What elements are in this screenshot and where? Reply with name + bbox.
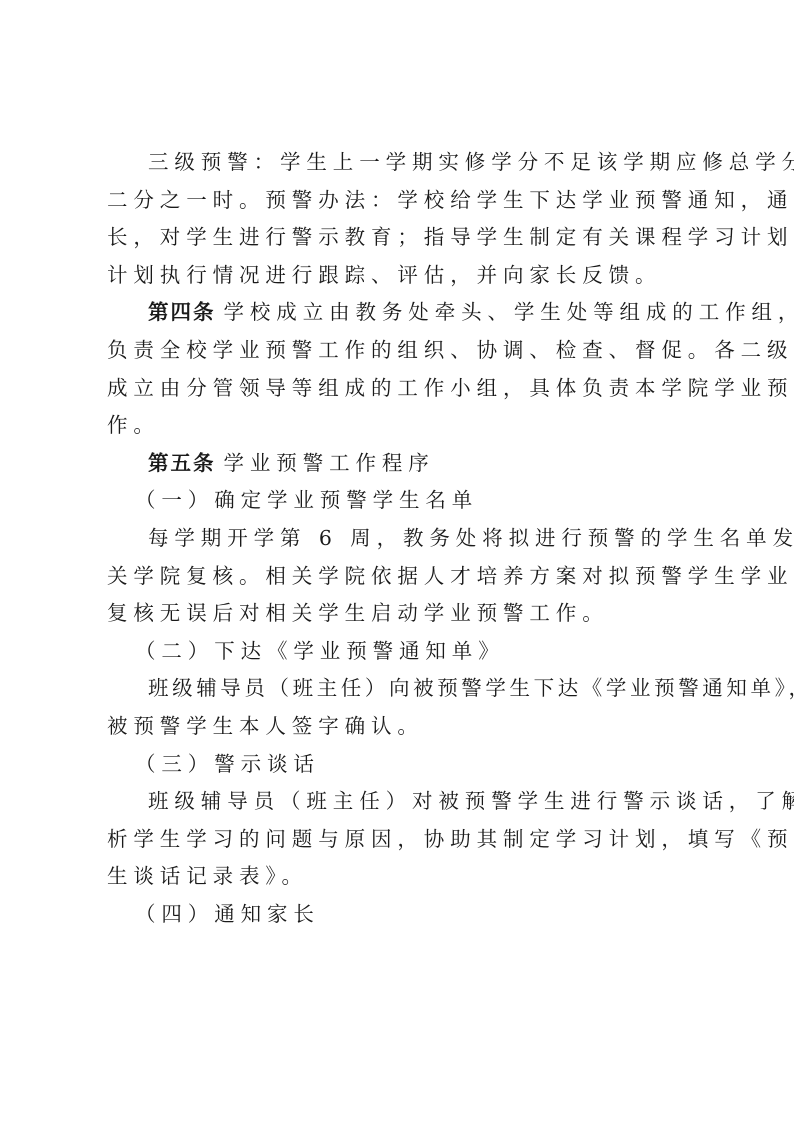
paragraph-line: 班级辅导员（班主任）向被预警学生下达《学业预警通知单》， [107, 670, 695, 708]
paragraph-line: 复核无误后对相关学生启动学业预警工作。 [107, 595, 695, 633]
paragraph-line: 二分之一时。预警办法：学校给学生下达学业预警通知，通知家 [107, 182, 695, 220]
article-5-heading-line: 第五条学业预警工作程序 [107, 445, 695, 483]
section-title: （一）确定学业预警学生名单 [107, 482, 695, 520]
paragraph-line: 每学期开学第 6 周，教务处将拟进行预警的学生名单发给相 [107, 520, 695, 558]
paragraph-line: 长，对学生进行警示教育；指导学生制定有关课程学习计划；对 [107, 219, 695, 257]
paragraph-line: 作。 [107, 407, 695, 445]
article-4-text: 学校成立由教务处牵头、学生处等组成的工作组， [224, 300, 794, 324]
article-5-title: 学业预警工作程序 [224, 451, 435, 475]
article-4-first-line: 第四条学校成立由教务处牵头、学生处等组成的工作组， [107, 294, 695, 332]
article-5-heading: 第五条 [148, 451, 216, 475]
paragraph-line: 关学院复核。相关学院依据人才培养方案对拟预警学生学业情况 [107, 558, 695, 596]
paragraph-line: 析学生学习的问题与原因，协助其制定学习计划，填写《预警学 [107, 821, 695, 859]
section-title: （二）下达《学业预警通知单》 [107, 633, 695, 671]
section-title: （三）警示谈话 [107, 746, 695, 784]
paragraph-line: 被预警学生本人签字确认。 [107, 708, 695, 746]
paragraph-line: 成立由分管领导等组成的工作小组，具体负责本学院学业预警工 [107, 370, 695, 408]
paragraph-line: 负责全校学业预警工作的组织、协调、检查、督促。各二级学院 [107, 332, 695, 370]
paragraph-line: 计划执行情况进行跟踪、评估，并向家长反馈。 [107, 257, 695, 295]
paragraph-line: 班级辅导员（班主任）对被预警学生进行警示谈话，了解分 [107, 783, 695, 821]
section-title: （四）通知家长 [107, 896, 695, 934]
article-4-heading: 第四条 [148, 300, 216, 324]
document-page: 三级预警：学生上一学期实修学分不足该学期应修总学分的 二分之一时。预警办法：学校… [107, 144, 695, 933]
paragraph-line: 三级预警：学生上一学期实修学分不足该学期应修总学分的 [107, 144, 695, 182]
paragraph-line: 生谈话记录表》。 [107, 858, 695, 896]
